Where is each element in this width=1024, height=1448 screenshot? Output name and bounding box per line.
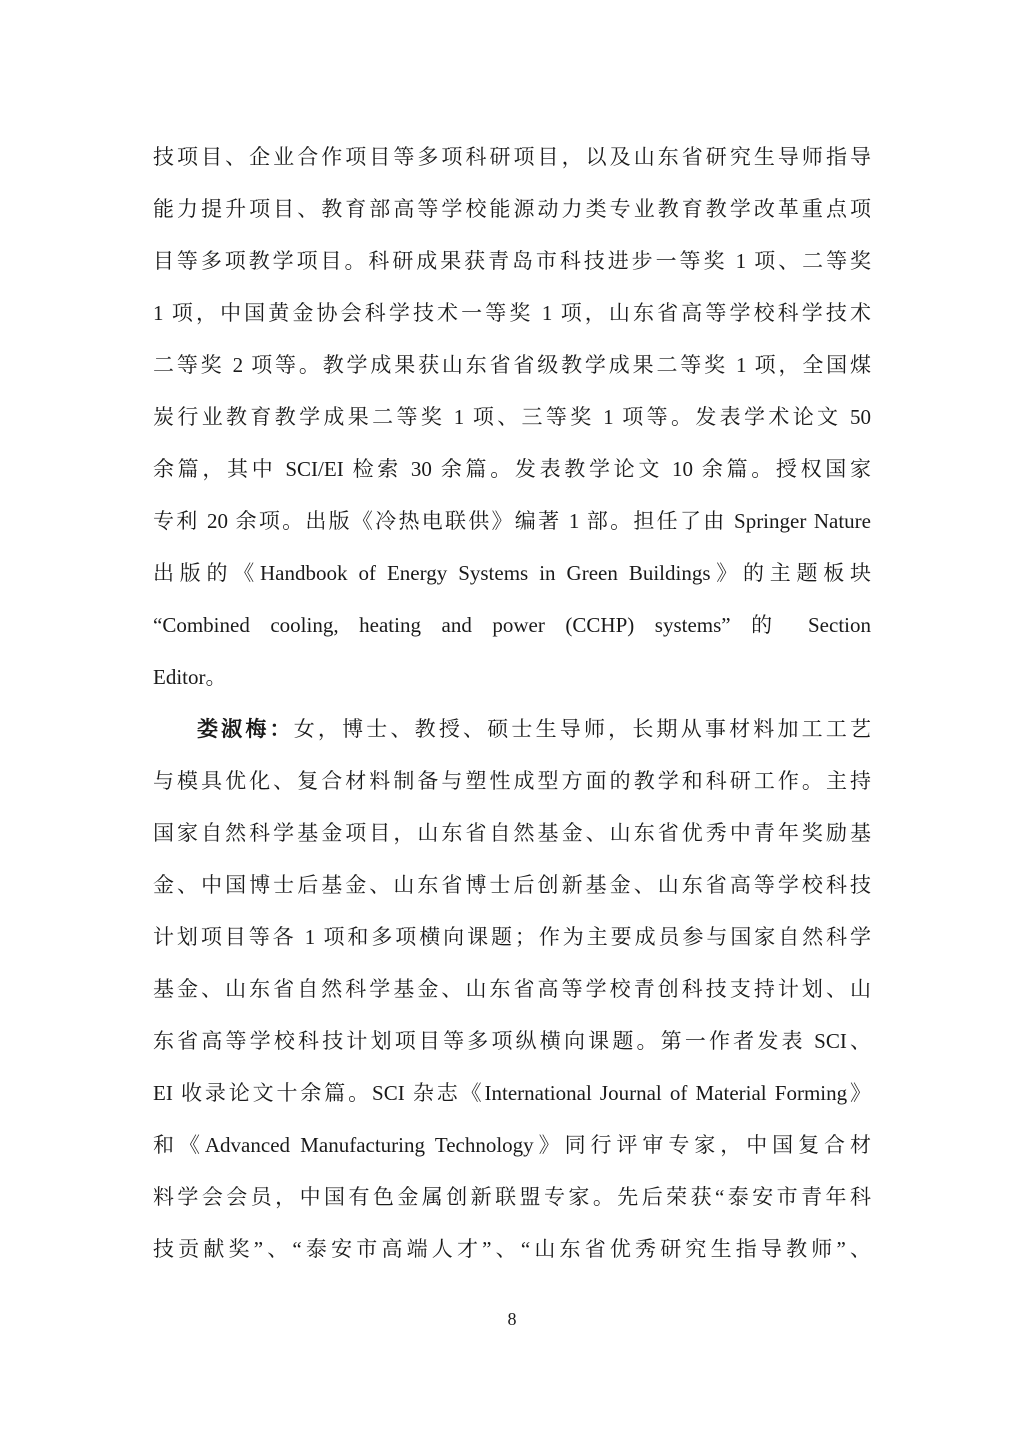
text-line: 1 项，中国黄金协会科学技术一等奖 1 项，山东省高等学校科学技术: [153, 287, 871, 339]
text-span: 女，博士、教授、硕士生导师，长期从事材料加工工艺: [294, 717, 871, 741]
text-line: 娄淑梅：女，博士、教授、硕士生导师，长期从事材料加工工艺: [153, 703, 871, 755]
text-line: 计划项目等各 1 项和多项横向课题；作为主要成员参与国家自然科学: [153, 911, 871, 963]
person-name: 娄淑梅：: [197, 717, 294, 741]
text-line: EI 收录论文十余篇。SCI 杂志《International Journal …: [153, 1067, 871, 1119]
page-number: 8: [0, 1305, 1024, 1333]
text-line: 二等奖 2 项等。教学成果获山东省省级教学成果二等奖 1 项，全国煤: [153, 339, 871, 391]
text-line: 能力提升项目、教育部高等学校能源动力类专业教育教学改革重点项: [153, 183, 871, 235]
text-line: Editor。: [153, 651, 871, 703]
text-line: 专利 20 余项。出版《冷热电联供》编著 1 部。担任了由 Springer N…: [153, 495, 871, 547]
text-line: 和《Advanced Manufacturing Technology》同行评审…: [153, 1119, 871, 1171]
text-line: 基金、山东省自然科学基金、山东省高等学校青创科技支持计划、山: [153, 963, 871, 1015]
text-line: “Combined cooling, heating and power (CC…: [153, 599, 871, 651]
text-line: 东省高等学校科技计划项目等多项纵横向课题。第一作者发表 SCI、: [153, 1015, 871, 1067]
text-line: 与模具优化、复合材料制备与塑性成型方面的教学和科研工作。主持: [153, 755, 871, 807]
text-line: 余篇，其中 SCI/EI 检索 30 余篇。发表教学论文 10 余篇。授权国家: [153, 443, 871, 495]
document-page: 技项目、企业合作项目等多项科研项目，以及山东省研究生导师指导 能力提升项目、教育…: [0, 0, 1024, 1448]
text-line: 目等多项教学项目。科研成果获青岛市科技进步一等奖 1 项、二等奖: [153, 235, 871, 287]
text-line: 金、中国博士后基金、山东省博士后创新基金、山东省高等学校科技: [153, 859, 871, 911]
text-line: 出版的《Handbook of Energy Systems in Green …: [153, 547, 871, 599]
text-line: 炭行业教育教学成果二等奖 1 项、三等奖 1 项等。发表学术论文 50: [153, 391, 871, 443]
text-line: 技项目、企业合作项目等多项科研项目，以及山东省研究生导师指导: [153, 131, 871, 183]
text-line: 国家自然科学基金项目，山东省自然基金、山东省优秀中青年奖励基: [153, 807, 871, 859]
body-text: 技项目、企业合作项目等多项科研项目，以及山东省研究生导师指导 能力提升项目、教育…: [153, 131, 871, 1275]
text-line: 料学会会员，中国有色金属创新联盟专家。先后荣获“泰安市青年科: [153, 1171, 871, 1223]
text-line: 技贡献奖”、“泰安市高端人才”、“山东省优秀研究生指导教师”、: [153, 1223, 871, 1275]
